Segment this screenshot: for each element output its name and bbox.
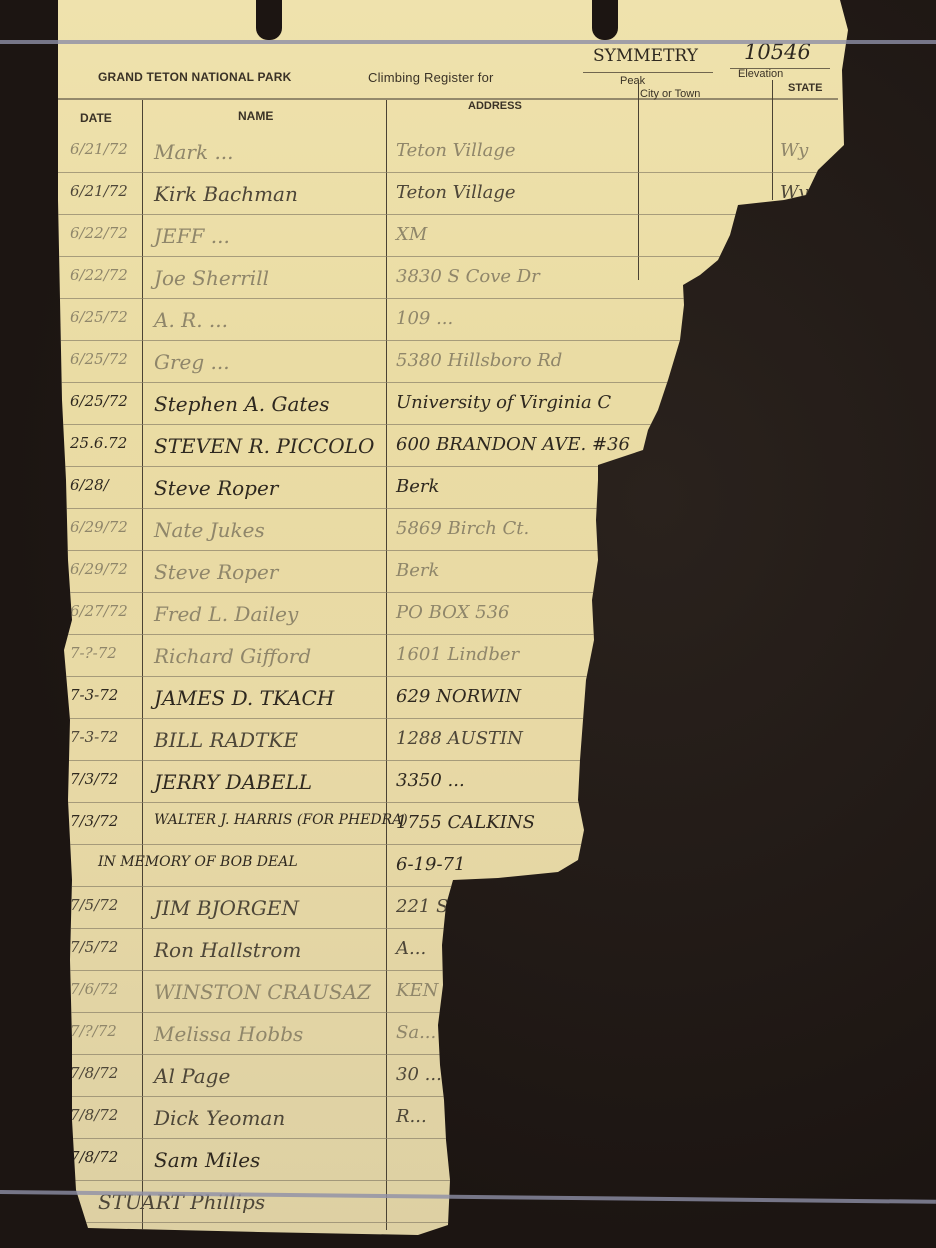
entry-name: JIM BJORGEN xyxy=(154,896,299,920)
entry-date: 6/21/72 xyxy=(70,182,128,200)
entry-name: Steve Roper xyxy=(154,476,278,500)
entry-date: 7-3-72 xyxy=(70,728,118,746)
peak-label: Peak xyxy=(620,75,645,87)
entry-name: A. R. ... xyxy=(154,308,228,332)
entry-name: JERRY DABELL xyxy=(154,770,312,794)
entry-address: Sa... xyxy=(396,1022,436,1043)
entry-address: 3350 ... xyxy=(396,770,465,791)
entry-name: Kirk Bachman xyxy=(154,182,298,206)
entry-date: 6/29/72 xyxy=(70,560,128,578)
entry-address: 5869 Birch Ct. xyxy=(396,518,529,539)
entry-address: 600 BRANDON AVE. #36 xyxy=(396,434,630,455)
entry-name: Sam Miles xyxy=(154,1148,260,1172)
entry-name: Al Page xyxy=(154,1064,230,1088)
entry-name: Steve Roper xyxy=(154,560,278,584)
entry-date: 7/5/72 xyxy=(70,896,118,914)
entry-name: STEVEN R. PICCOLO xyxy=(154,434,374,458)
entry-date: 7-3-72 xyxy=(70,686,118,704)
entry-address: 3830 S Cove Dr xyxy=(396,266,540,287)
entry-date: 7/8/72 xyxy=(70,1148,118,1166)
entry-address: 629 NORWIN xyxy=(396,686,521,707)
entry-date: 6/21/72 xyxy=(70,140,128,158)
entry-date: 7/8/72 xyxy=(70,1064,118,1082)
peak-value: SYMMETRY xyxy=(593,46,698,66)
entry-date: 6/28/ xyxy=(70,476,109,494)
column-address: ADDRESS xyxy=(468,100,522,112)
entry-name: Melissa Hobbs xyxy=(154,1022,303,1046)
elevation-label: Elevation xyxy=(738,68,783,80)
entry-address: 1601 Lindber xyxy=(396,644,519,665)
punch-hole xyxy=(256,0,282,40)
entry-name: Mark ... xyxy=(154,140,234,164)
column-city: City or Town xyxy=(640,88,700,100)
entry-date: 7/?/72 xyxy=(70,1022,117,1040)
entry-address: 1755 CALKINS xyxy=(396,812,535,833)
entry-address: Berk xyxy=(396,560,439,581)
entry-address: 5380 Hillsboro Rd xyxy=(396,350,562,371)
entry-address: 1288 AUSTIN xyxy=(396,728,523,749)
entry-name: Joe Sherrill xyxy=(154,266,269,290)
entry-address: KEN xyxy=(396,980,438,1001)
entry-address: University of Virginia C xyxy=(396,392,611,413)
entry-date: 7-?-72 xyxy=(70,644,117,662)
entry-address: Teton Village xyxy=(396,182,516,203)
entry-name: WINSTON CRAUSAZ xyxy=(154,980,371,1004)
entry-name: JAMES D. TKACH xyxy=(154,686,334,710)
punch-hole xyxy=(592,0,618,40)
entry-name: Ron Hallstrom xyxy=(154,938,301,962)
entry-name: Stephen A. Gates xyxy=(154,392,330,416)
entry-address: 6-19-71 xyxy=(396,854,465,875)
entry-date: 7/8/72 xyxy=(70,1106,118,1124)
entry-name: Richard Gifford xyxy=(154,644,311,668)
entry-address: Berk xyxy=(396,476,439,497)
display-strap xyxy=(0,40,936,44)
entry-address: Teton Village xyxy=(396,140,516,161)
entry-address: A... xyxy=(396,938,426,959)
entry-address: PO BOX 536 xyxy=(396,602,509,623)
entry-name: IN MEMORY OF BOB DEAL xyxy=(98,854,298,870)
column-date: DATE xyxy=(80,111,112,125)
entry-date: 7/3/72 xyxy=(70,812,118,830)
entry-date: 6/25/72 xyxy=(70,308,128,326)
entry-name: Nate Jukes xyxy=(154,518,265,542)
entry-name: JEFF ... xyxy=(154,224,230,248)
entry-date: 7/3/72 xyxy=(70,770,118,788)
entry-state: Wy xyxy=(780,140,808,161)
entry-date: 7/6/72 xyxy=(70,980,118,998)
entry-name: Dick Yeoman xyxy=(154,1106,285,1130)
park-name: GRAND TETON NATIONAL PARK xyxy=(98,70,291,84)
entry-date: 6/29/72 xyxy=(70,518,128,536)
entry-date: 6/25/72 xyxy=(70,392,128,410)
entry-date: 7/5/72 xyxy=(70,938,118,956)
register-title: Climbing Register for xyxy=(368,70,494,85)
entry-date: 6/27/72 xyxy=(70,602,128,620)
column-state: STATE xyxy=(788,82,822,94)
entry-date: 6/22/72 xyxy=(70,224,128,242)
entry-date: 25.6.72 xyxy=(70,434,127,452)
entry-date: 6/22/72 xyxy=(70,266,128,284)
entry-address: 30 ... xyxy=(396,1064,442,1085)
entry-date: 6/25/72 xyxy=(70,350,128,368)
entry-name: WALTER J. HARRIS (FOR PHEDRA) xyxy=(154,812,408,828)
entry-name: Greg ... xyxy=(154,350,230,374)
entry-name: Fred L. Dailey xyxy=(154,602,298,626)
entry-address: R... xyxy=(396,1106,427,1127)
entry-name: BILL RADTKE xyxy=(154,728,298,752)
entry-address: 109 ... xyxy=(396,308,453,329)
column-name: NAME xyxy=(238,109,273,123)
entry-address: XM xyxy=(396,224,427,245)
